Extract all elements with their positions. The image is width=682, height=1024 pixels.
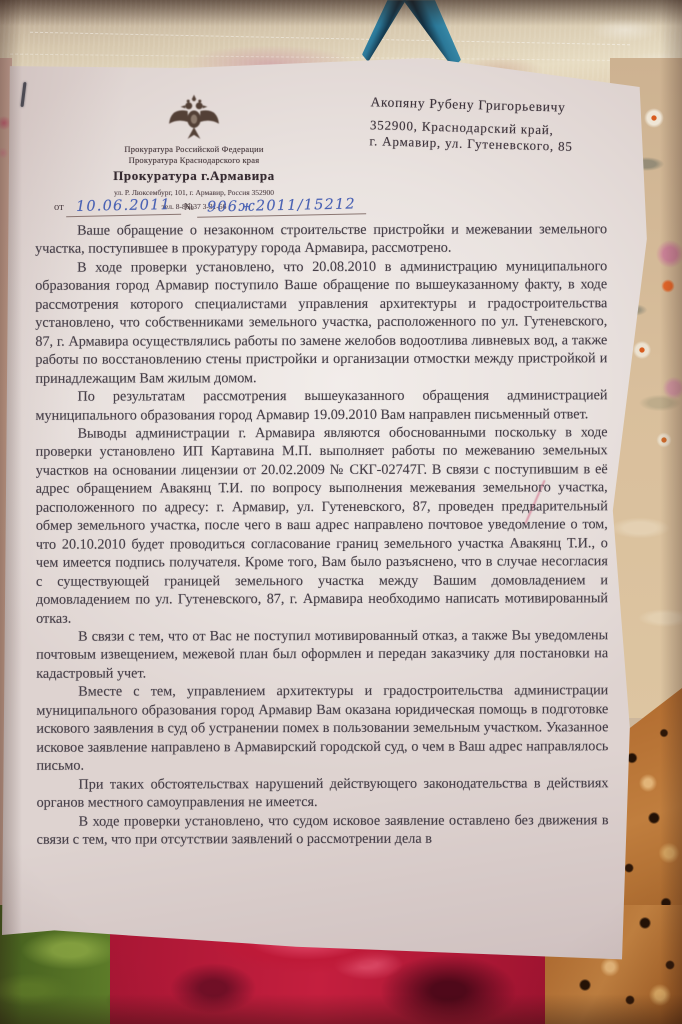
double-headed-eagle-emblem — [44, 92, 344, 144]
paragraph: Ваше обращение о незаконном строительств… — [35, 220, 607, 258]
org-line-1: Прокуратура Российской Федерации — [44, 144, 344, 155]
paragraph: Вместе с тем, управлением архитектуры и … — [36, 682, 608, 776]
handwritten-date: 10.06.2011 — [66, 197, 181, 217]
staple — [20, 82, 26, 107]
fabric-seam — [30, 32, 630, 46]
letterhead: Прокуратура Российской Федерации Прокура… — [44, 92, 344, 211]
paragraph: Выводы администрации г. Армавира являютс… — [36, 423, 609, 627]
paragraph: В ходе проверки установлено, что судом и… — [37, 811, 609, 849]
photo-of-document: Прокуратура Российской Федерации Прокура… — [0, 0, 682, 1024]
org-address-line-1: ул. Р. Люксембург, 101, г. Армавир, Росс… — [44, 188, 344, 198]
org-line-2: Прокуратура Краснодарского края — [44, 155, 344, 166]
reference-line: от 10.06.2011 № 906ж2011/15212 — [54, 198, 374, 216]
handwritten-reference-number: 906ж2011/15212 — [196, 196, 365, 218]
paragraph: При таких обстоятельствах нарушений дейс… — [36, 774, 608, 812]
paragraph: В ходе проверки установлено, что 20.08.2… — [35, 257, 607, 388]
reference-number-sign: № — [184, 202, 194, 213]
letter-body: Ваше обращение о незаконном строительств… — [35, 220, 609, 961]
letter-document: Прокуратура Российской Федерации Прокура… — [2, 58, 656, 963]
paragraph: В связи с тем, что от Вас не поступил мо… — [36, 626, 608, 683]
blue-ribbon-left — [362, 0, 406, 62]
paragraph: По результатам рассмотрения вышеуказанно… — [35, 386, 607, 424]
reference-prefix: от — [54, 202, 64, 213]
recipient-address-block: Акопяну Рубену Григорьевичу 352900, Крас… — [369, 94, 642, 157]
org-name: Прокуратура г.Армавира — [44, 168, 344, 184]
recipient-name: Акопяну Рубену Григорьевичу — [370, 94, 642, 118]
fabric-seam — [10, 54, 660, 62]
